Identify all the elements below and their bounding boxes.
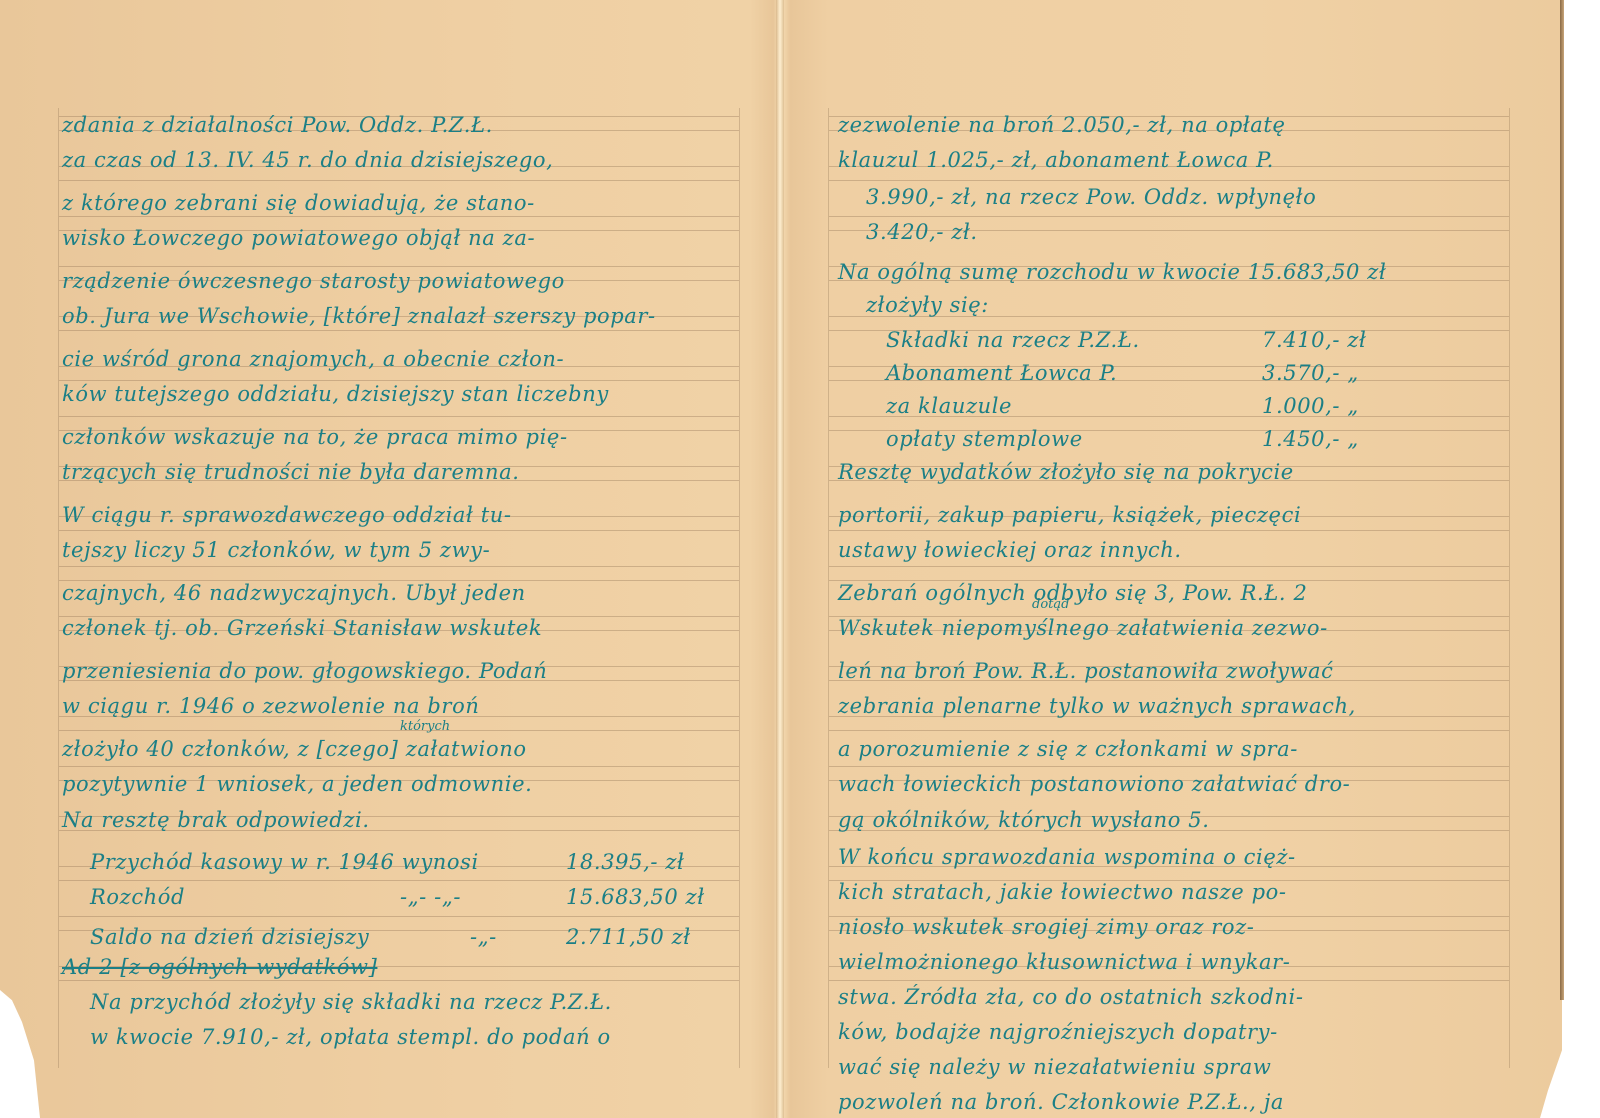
text-line: ków, bodajże najgroźniejszych dopatry-	[838, 1015, 1278, 1050]
income-amount: 18.395,- zł	[566, 845, 684, 880]
expense-label: opłaty stemplowe	[838, 422, 1083, 457]
text-line: członków wskazuje na to, że praca mimo p…	[62, 420, 568, 455]
text-line: tejszy liczy 51 członków, w tym 5 zwy-	[62, 533, 490, 568]
balance-ditto: -„-	[470, 920, 497, 955]
text-line: zdania z działalności Pow. Oddz. P.Z.Ł.	[62, 108, 493, 143]
expense-label: Rozchód	[90, 885, 185, 909]
text-line: ustawy łowieckiej oraz innych.	[838, 533, 1182, 568]
expense-amount: 15.683,50 zł	[566, 880, 705, 915]
expense-label: Składki na rzecz P.Z.Ł.	[838, 323, 1140, 358]
text-line: złożyły się:	[838, 288, 989, 323]
text-line: stwa. Źródła zła, co do ostatnich szkodn…	[838, 980, 1304, 1015]
expense-label: za klauzule	[838, 389, 1012, 424]
text-line: leń na broń Pow. R.Ł. postanowiła zwoływ…	[838, 654, 1334, 689]
text-line: za czas od 13. IV. 45 r. do dnia dzisiej…	[62, 143, 553, 178]
text-line: Na ogólną sumę rozchodu w kwocie 15.683,…	[838, 255, 1386, 290]
text-line: 3.420,- zł.	[838, 215, 978, 250]
text-line: 3.990,- zł, na rzecz Pow. Oddz. wpłynęło	[838, 180, 1316, 215]
text-line: Zebrań ogólnych odbyło się 3, Pow. R.Ł. …	[838, 576, 1307, 611]
income-label: Przychód kasowy w r. 1946 wynosi	[90, 850, 479, 874]
text-line: pozytywnie 1 wniosek, a jeden odmownie.	[62, 767, 532, 802]
text-line: niosło wskutek srogiej zimy oraz roz-	[838, 910, 1255, 945]
text-line: złożyło 40 członków, z [czego] załatwion…	[62, 732, 527, 767]
expense-row: Rozchód	[62, 880, 185, 915]
text-line: klauzul 1.025,- zł, abonament Łowca P.	[838, 143, 1274, 178]
expense-amount: 1.450,- „	[1262, 422, 1359, 457]
text-line: portorii, zakup papieru, książek, pieczę…	[838, 498, 1301, 533]
text-line: członek tj. ob. Grzeński Stanisław wskut…	[62, 611, 542, 646]
expense-amount: 7.410,- zł	[1262, 323, 1366, 358]
text-line: Resztę wydatków złożyło się na pokrycie	[838, 455, 1294, 490]
page-edge	[1560, 0, 1564, 1000]
income-row: Przychód kasowy w r. 1946 wynosi	[62, 845, 479, 880]
text-line: wielmożnionego kłusownictwa i wnykar-	[838, 945, 1290, 980]
expense-amount: 3.570,- „	[1262, 356, 1359, 391]
notebook-spread: zdania z działalności Pow. Oddz. P.Z.Ł. …	[0, 0, 1562, 1118]
balance-amount: 2.711,50 zł	[566, 920, 691, 955]
expense-amount: 1.000,- „	[1262, 389, 1359, 424]
text-line: Na przychód złożyły się składki na rzecz…	[62, 985, 612, 1020]
expense-ditto: -„- -„-	[400, 880, 461, 915]
text-line: pozwoleń na broń. Członkowie P.Z.Ł., ja	[838, 1085, 1284, 1118]
superscript-insert: dotąd	[1032, 598, 1069, 612]
text-line: wisko Łowczego powiatowego objął na za-	[62, 221, 535, 256]
text-line: z którego zebrani się dowiadują, że stan…	[62, 186, 535, 221]
text-line: a porozumienie z się z członkami w spra-	[838, 732, 1298, 767]
text-line: trzących się trudności nie była daremna.	[62, 455, 520, 490]
text-line: czajnych, 46 nadzwyczajnych. Ubył jeden	[62, 576, 526, 611]
text-line: W końcu sprawozdania wspomina o cięż-	[838, 840, 1296, 875]
text-line: ob. Jura we Wschowie, [które] znalazł sz…	[62, 299, 656, 334]
text-line: zebrania plenarne tylko w ważnych sprawa…	[838, 689, 1356, 724]
left-page: zdania z działalności Pow. Oddz. P.Z.Ł. …	[0, 0, 780, 1118]
text-line: zezwolenie na broń 2.050,- zł, na opłatę	[838, 108, 1286, 143]
expense-label: Abonament Łowca P.	[838, 356, 1117, 391]
right-page: zezwolenie na broń 2.050,- zł, na opłatę…	[782, 0, 1562, 1118]
text-line: gą okólników, których wysłano 5.	[838, 803, 1210, 838]
balance-label: Saldo na dzień dzisiejszy	[90, 925, 369, 949]
text-line: przeniesienia do pow. głogowskiego. Poda…	[62, 654, 547, 689]
text-line: kich stratach, jakie łowiectwo nasze po-	[838, 875, 1287, 910]
text-line: Wskutek niepomyślnego załatwienia zezwo-	[838, 611, 1328, 646]
text-line: Na resztę brak odpowiedzi.	[62, 803, 370, 838]
text-line: rządzenie ówczesnego starosty powiatoweg…	[62, 264, 565, 299]
text-line: W ciągu r. sprawozdawczego oddział tu-	[62, 498, 512, 533]
text-line: wać się należy w niezałatwieniu spraw	[838, 1050, 1272, 1085]
struck-line: Ad 2 [z ogólnych wydatków]	[62, 950, 377, 985]
text-line: w kwocie 7.910,- zł, opłata stempl. do p…	[62, 1020, 611, 1055]
text-line: wach łowieckich postanowiono załatwiać d…	[838, 767, 1350, 802]
text-line: cie wśród grona znajomych, a obecnie czł…	[62, 342, 564, 377]
text-line: ków tutejszego oddziału, dzisiejszy stan…	[62, 377, 609, 412]
